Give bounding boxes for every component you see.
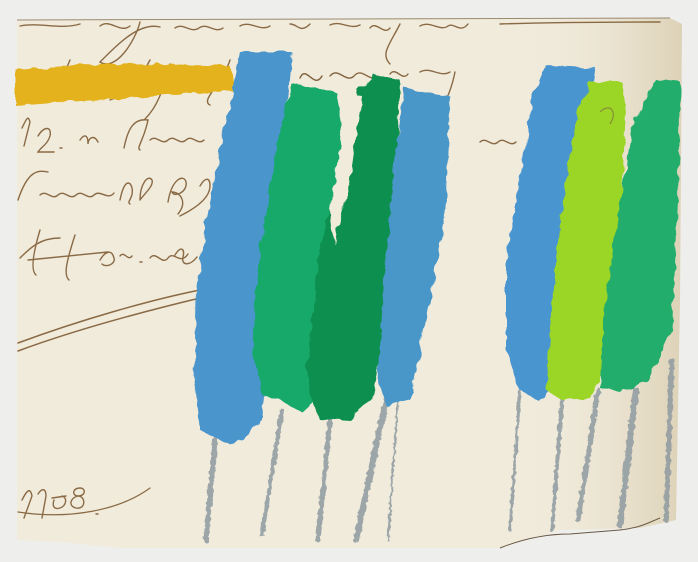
left-swatch-group — [194, 52, 450, 446]
painted-document-photo — [0, 0, 698, 562]
right-swatch-group — [506, 66, 680, 402]
